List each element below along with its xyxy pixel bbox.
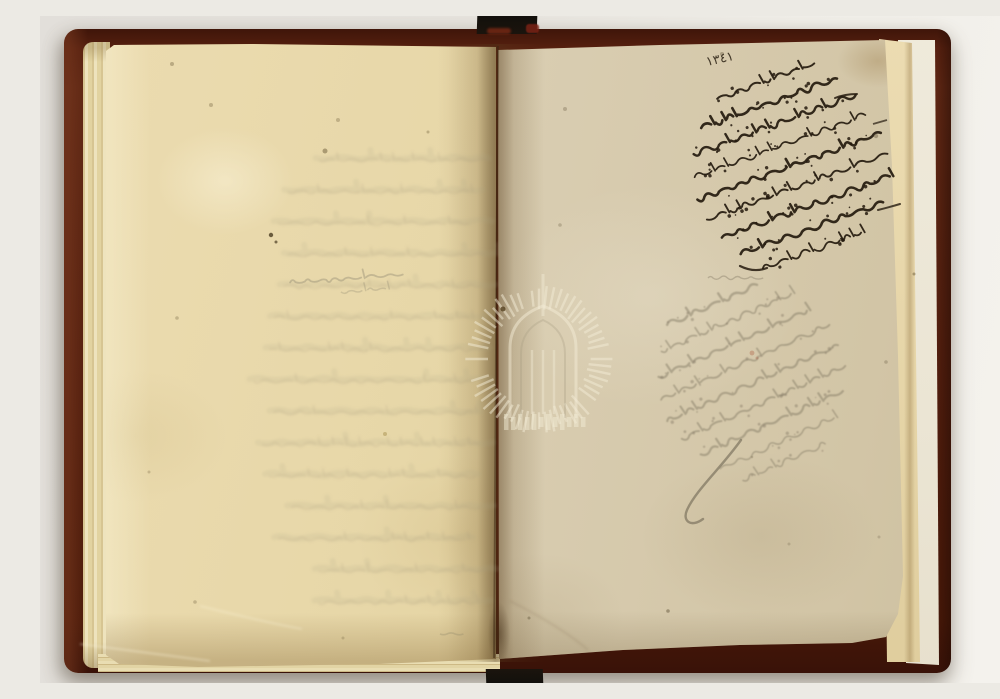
manuscript-photo: ١٣٤١ Open manuscript with diagonal handw… [40, 16, 1000, 683]
leather-smudge [487, 28, 511, 34]
show-through-text [249, 150, 500, 604]
paper-creases [80, 601, 588, 661]
inscription-top-ink [665, 43, 913, 288]
inscription-bottom-faded [628, 257, 875, 504]
show-through-scribble [290, 267, 464, 635]
ink-and-watermark-layer [40, 16, 1000, 683]
leather-smudge [526, 24, 539, 33]
library-watermark [465, 274, 612, 432]
binding-strap-bottom [486, 669, 543, 683]
